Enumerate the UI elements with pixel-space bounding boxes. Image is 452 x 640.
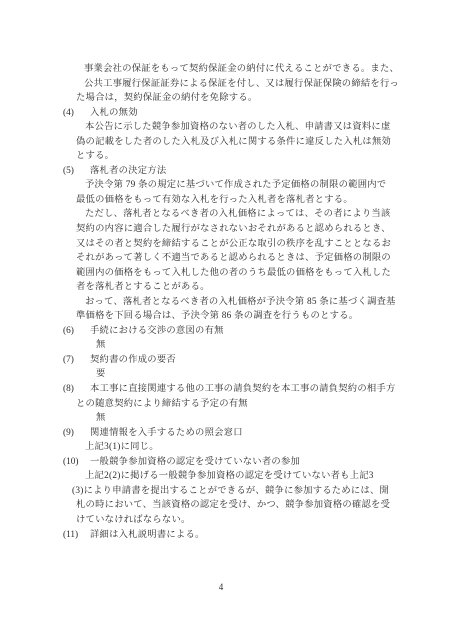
line-text: 契約書の作成の要否 [90,355,176,365]
document-line: (6)手続における交渉の意図の有無 [0,324,452,339]
document-line: 札の時において、当該資格の認定を受け、かつ、競争参加資格の確認を受 [0,498,452,513]
page-number: 4 [0,581,442,593]
item-number: (5) [63,164,74,179]
item-number: (4) [63,106,74,121]
document-line: 予決令第 79 条の規定に基づいて作成された予定価格の制限の範囲内で [0,178,452,193]
line-text: 予決令第 79 条の規定に基づいて作成された予定価格の制限の範囲内で [85,180,386,190]
line-text: それがあって著しく不適当であると認められるときは、予定価格の制限の [76,253,391,263]
document-line: 又はその者と契約を締結することが公正な取引の秩序を乱すこととなるお [0,237,452,252]
line-text: 本公告に示した競争参加資格のない者のした入札、申請書又は資料に虚 [85,122,391,132]
line-text: 一般競争参加資格の認定を受けていない者の参加 [90,457,300,467]
line-text: 範囲内の価格をもって入札した他の者のうち最低の価格をもって入札した [76,268,391,278]
line-text: 詳細は入札説明書による。 [90,530,205,540]
line-text: 手続における交渉の意図の有無 [90,326,224,336]
document-line: ただし、落札者となるべき者の入札価格によっては、その者により当該 [0,207,452,222]
document-line: 最低の価格をもって有効な入札を行った入札者を落札者とする。 [0,193,452,208]
document-line: おって、落札者となるべき者の入札価格が予決令第 85 条に基づく調査基 [0,295,452,310]
line-text: 落札者の決定方法 [90,166,166,176]
line-text: 公共工事履行保証証券による保証を付し、又は履行保証保険の締結を行っ [84,79,399,89]
line-text: 上記3(1)に同じ。 [85,442,159,452]
line-text: た場合は，契約保証金の納付を免除する。 [76,93,257,103]
document-line: (11)詳細は入札説明書による。 [0,528,452,543]
document-line: 本公告に示した競争参加資格のない者のした入札、申請書又は資料に虚 [0,120,452,135]
document-line: 契約の内容に適合した履行がなされないおそれがあると認められるとき、 [0,222,452,237]
document-line: とする。 [0,149,452,164]
document-line: (10)一般競争参加資格の認定を受けていない者の参加 [0,455,452,470]
document-line: (7)契約書の作成の要否 [0,353,452,368]
document-line: 要 [0,367,452,382]
line-text: 要 [96,369,106,379]
line-text: 準価格を下回る場合は、予決令第 86 条の調査を行うものとする。 [76,311,358,321]
line-text: とする。 [76,151,114,161]
document-line: 無 [0,338,452,353]
line-text: 者を落札者とすることがある。 [76,282,210,292]
item-number: (7) [63,353,74,368]
document-line: 者を落札者とすることがある。 [0,280,452,295]
line-text: 上記2(2)に掲げる一般競争参加資格の認定を受けていない者も上記3 [85,471,374,481]
line-text: 本工事に直接関連する他の工事の請負契約を本工事の請負契約の相手方 [90,384,396,394]
document-line: た場合は，契約保証金の納付を免除する。 [0,91,452,106]
line-text: 無 [96,413,106,423]
document-line: それがあって著しく不適当であると認められるときは、予定価格の制限の [0,251,452,266]
line-text: ただし、落札者となるべき者の入札価格によっては、その者により当該 [85,209,391,219]
document-body: 事業会社の保証をもって契約保証金の納付に代えることができる。また、公共工事履行保… [0,62,452,542]
item-number: (9) [63,426,74,441]
line-text: 事業会社の保証をもって契約保証金の納付に代えることができる。また、 [84,64,399,74]
line-text: 関連情報を入手するための照会窓口 [90,428,243,438]
document-line: との随意契約により締結する予定の有無 [0,397,452,412]
document-line: (4)入札の無効 [0,106,452,121]
document-line: 無 [0,411,452,426]
document-line: 事業会社の保証をもって契約保証金の納付に代えることができる。また、 [0,62,452,77]
document-line: (8)本工事に直接関連する他の工事の請負契約を本工事の請負契約の相手方 [0,382,452,397]
item-number: (8) [63,382,74,397]
document-line: けていなければならない。 [0,513,452,528]
document-line: 偽の記載をした者のした入札及び入札に関する条件に違反した入札は無効 [0,135,452,150]
line-text: 無 [96,340,106,350]
document-page: 事業会社の保証をもって契約保証金の納付に代えることができる。また、公共工事履行保… [0,0,452,640]
document-line: (3)により申請書を提出することができるが、競争に参加するためには、開 [0,484,452,499]
line-text: 札の時において、当該資格の認定を受け、かつ、競争参加資格の確認を受 [76,500,390,510]
document-line: (5)落札者の決定方法 [0,164,452,179]
line-text: おって、落札者となるべき者の入札価格が予決令第 85 条に基づく調査基 [85,297,396,307]
item-number: (11) [63,528,78,543]
line-text: 最低の価格をもって有効な入札を行った入札者を落札者とする。 [76,195,353,205]
document-line: (9)関連情報を入手するための照会窓口 [0,426,452,441]
item-number: (10) [63,455,79,470]
document-line: 上記2(2)に掲げる一般競争参加資格の認定を受けていない者も上記3 [0,469,452,484]
line-text: 偽の記載をした者のした入札及び入札に関する条件に違反した入札は無効 [76,137,391,147]
line-text: 入札の無効 [90,108,138,118]
line-text: 又はその者と契約を締結することが公正な取引の秩序を乱すこととなるお [76,239,391,249]
item-number: (6) [63,324,74,339]
line-text: との随意契約により締結する予定の有無 [76,399,248,409]
line-text: 契約の内容に適合した履行がなされないおそれがあると認められるとき、 [76,224,391,234]
line-text: (3)により申請書を提出することができるが、競争に参加するためには、開 [72,486,389,496]
document-line: 公共工事履行保証証券による保証を付し、又は履行保証保険の締結を行っ [0,77,452,92]
document-line: 範囲内の価格をもって入札した他の者のうち最低の価格をもって入札した [0,266,452,281]
document-line: 準価格を下回る場合は、予決令第 86 条の調査を行うものとする。 [0,309,452,324]
line-text: けていなければならない。 [76,515,191,525]
document-line: 上記3(1)に同じ。 [0,440,452,455]
